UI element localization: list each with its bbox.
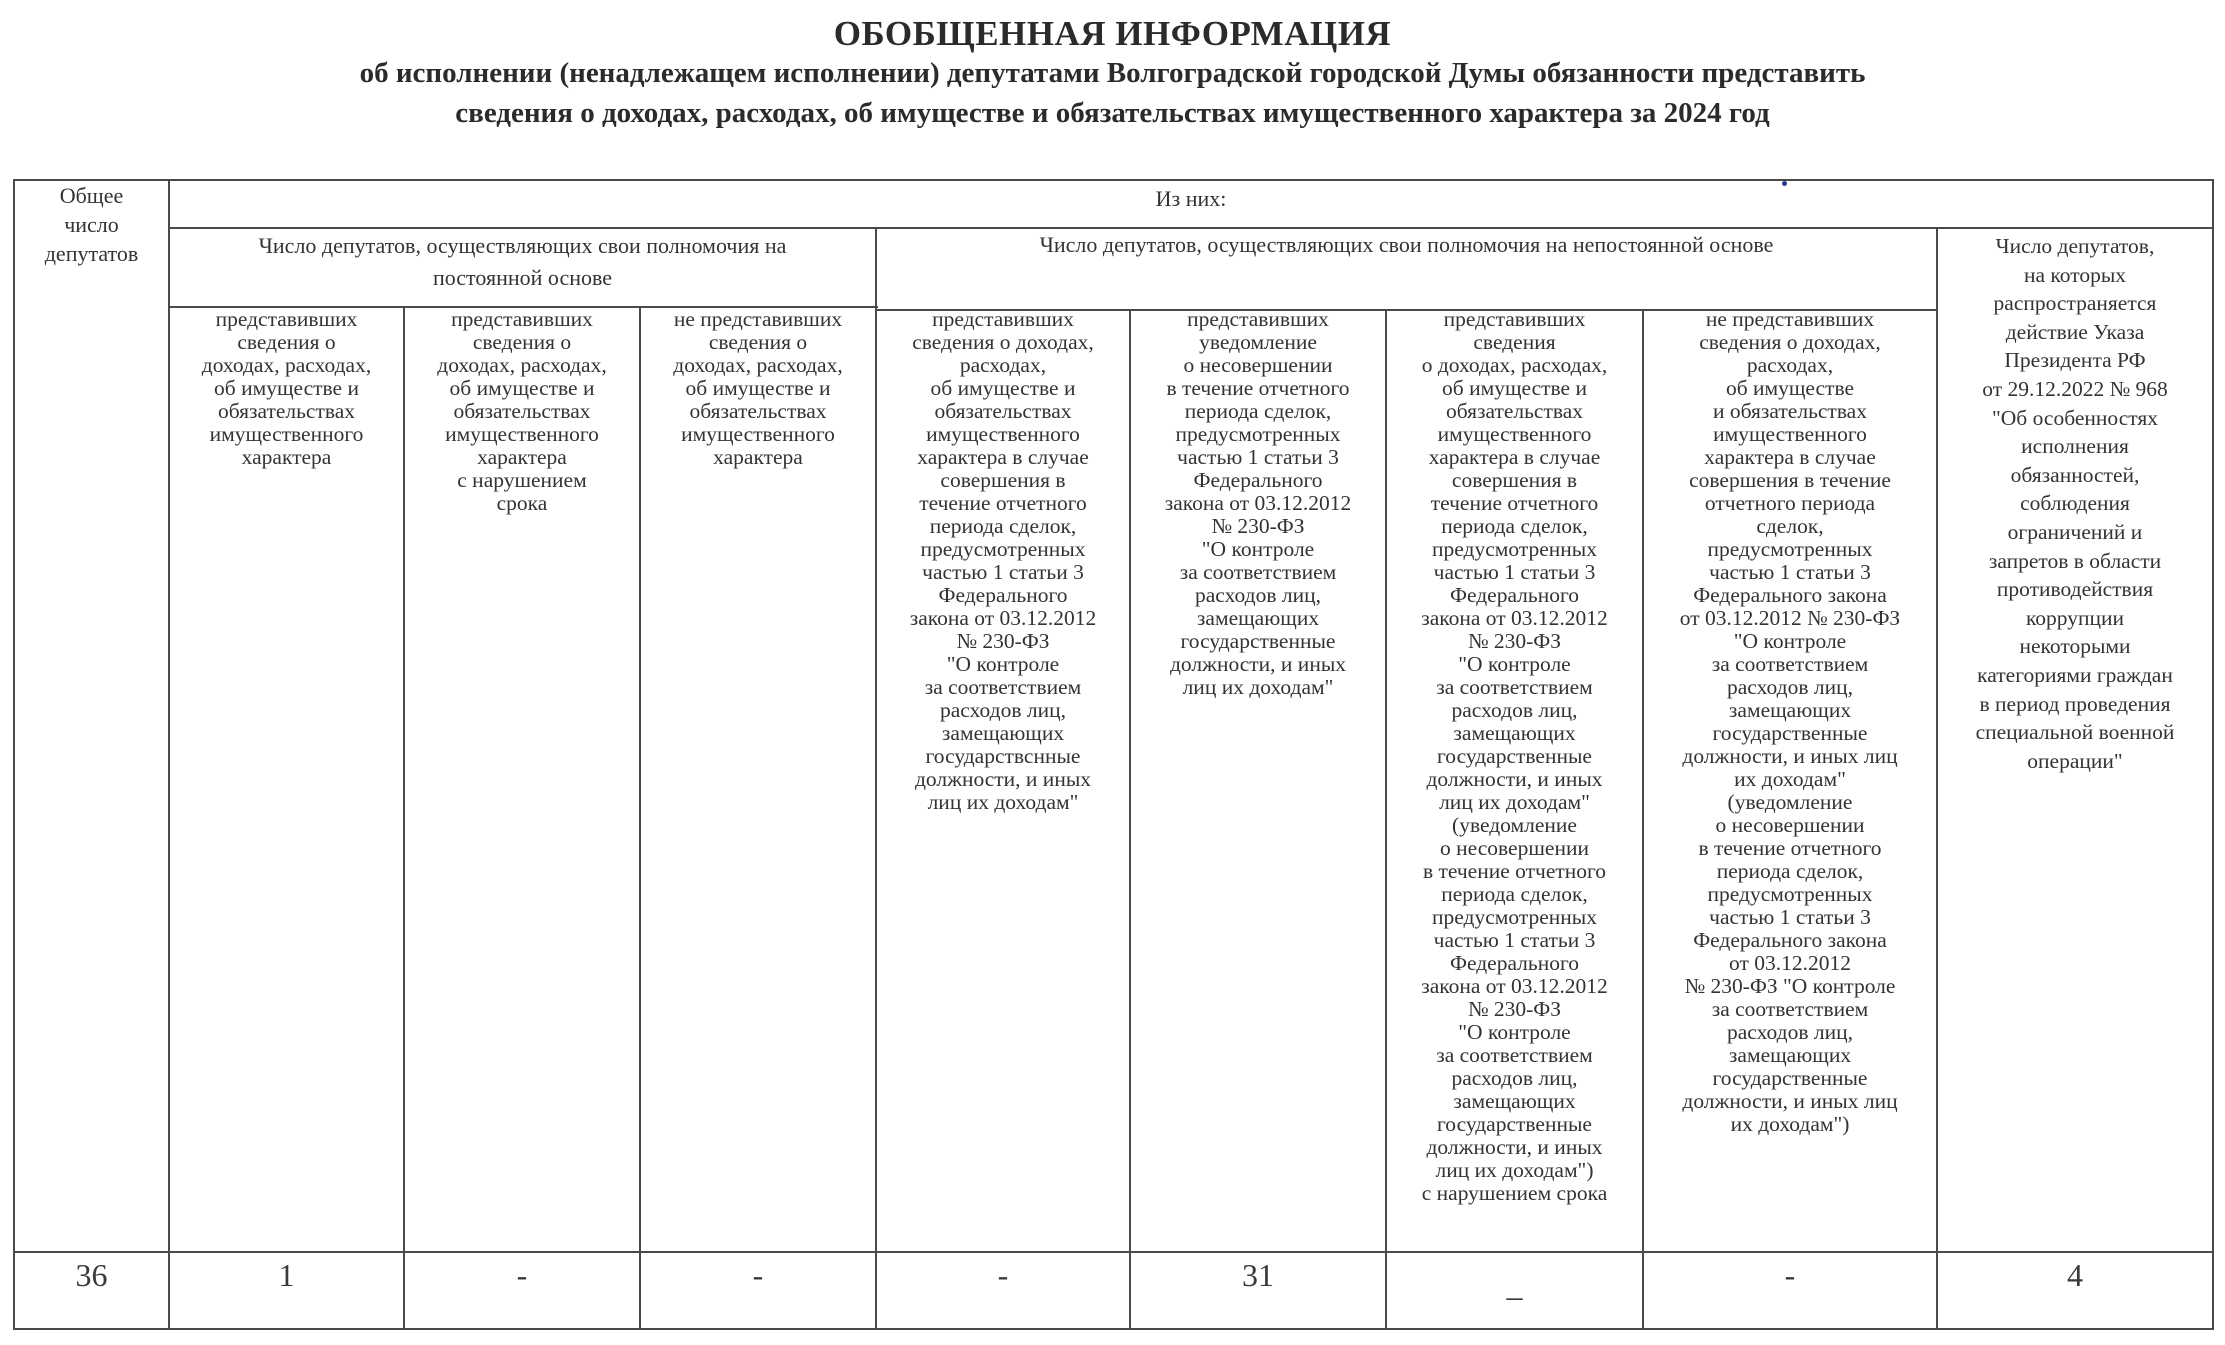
permanent-submitted-header: представивших сведения о доходах, расход… bbox=[170, 308, 403, 469]
permanent-not-submitted-header: не представивших сведения о доходах, рас… bbox=[641, 308, 875, 469]
value-permanent-not-submitted: - bbox=[641, 1258, 875, 1292]
nonpermanent-submitted-header: представивших сведения о доходах, расход… bbox=[877, 308, 1129, 814]
value-permanent-submitted: 1 bbox=[170, 1258, 403, 1292]
total-deputies-header: Общее число депутатов bbox=[15, 181, 168, 268]
table-border-left bbox=[13, 179, 15, 1330]
nonpermanent-group-header: Число депутатов, осуществляющих свои пол… bbox=[877, 230, 1936, 260]
of-them-row-divider bbox=[169, 227, 2214, 229]
value-nonpermanent-submitted-late: _ bbox=[1387, 1268, 1642, 1302]
value-decree-968: 4 bbox=[1938, 1258, 2212, 1292]
permanent-submitted-late-header: представивших сведения о доходах, расход… bbox=[405, 308, 639, 515]
decree-968-header: Число депутатов, на которых распространя… bbox=[1938, 232, 2212, 775]
summary-table: Общее число депутатов Из них: Число депу… bbox=[0, 0, 2225, 1345]
data-row-top bbox=[13, 1251, 2214, 1253]
value-nonpermanent-not-submitted: - bbox=[1644, 1258, 1936, 1292]
scan-mark bbox=[1782, 181, 1787, 186]
value-total-deputies: 36 bbox=[15, 1258, 168, 1292]
nonpermanent-submitted-late-header: представивших сведения о доходах, расход… bbox=[1387, 308, 1642, 1205]
of-them-header: Из них: bbox=[170, 184, 2212, 214]
value-permanent-submitted-late: - bbox=[405, 1258, 639, 1292]
nonpermanent-notification-header: представивших уведомление о несовершении… bbox=[1131, 308, 1385, 699]
table-border-right bbox=[2212, 179, 2214, 1330]
value-nonpermanent-submitted: - bbox=[877, 1258, 1129, 1292]
table-border-top bbox=[13, 179, 2214, 181]
nonpermanent-not-submitted-header: не представивших сведения о доходах, рас… bbox=[1644, 308, 1936, 1136]
table-border-bottom bbox=[13, 1328, 2214, 1330]
value-nonpermanent-notification: 31 bbox=[1131, 1258, 1385, 1292]
permanent-group-header: Число депутатов, осуществляющих свои пол… bbox=[170, 230, 875, 294]
